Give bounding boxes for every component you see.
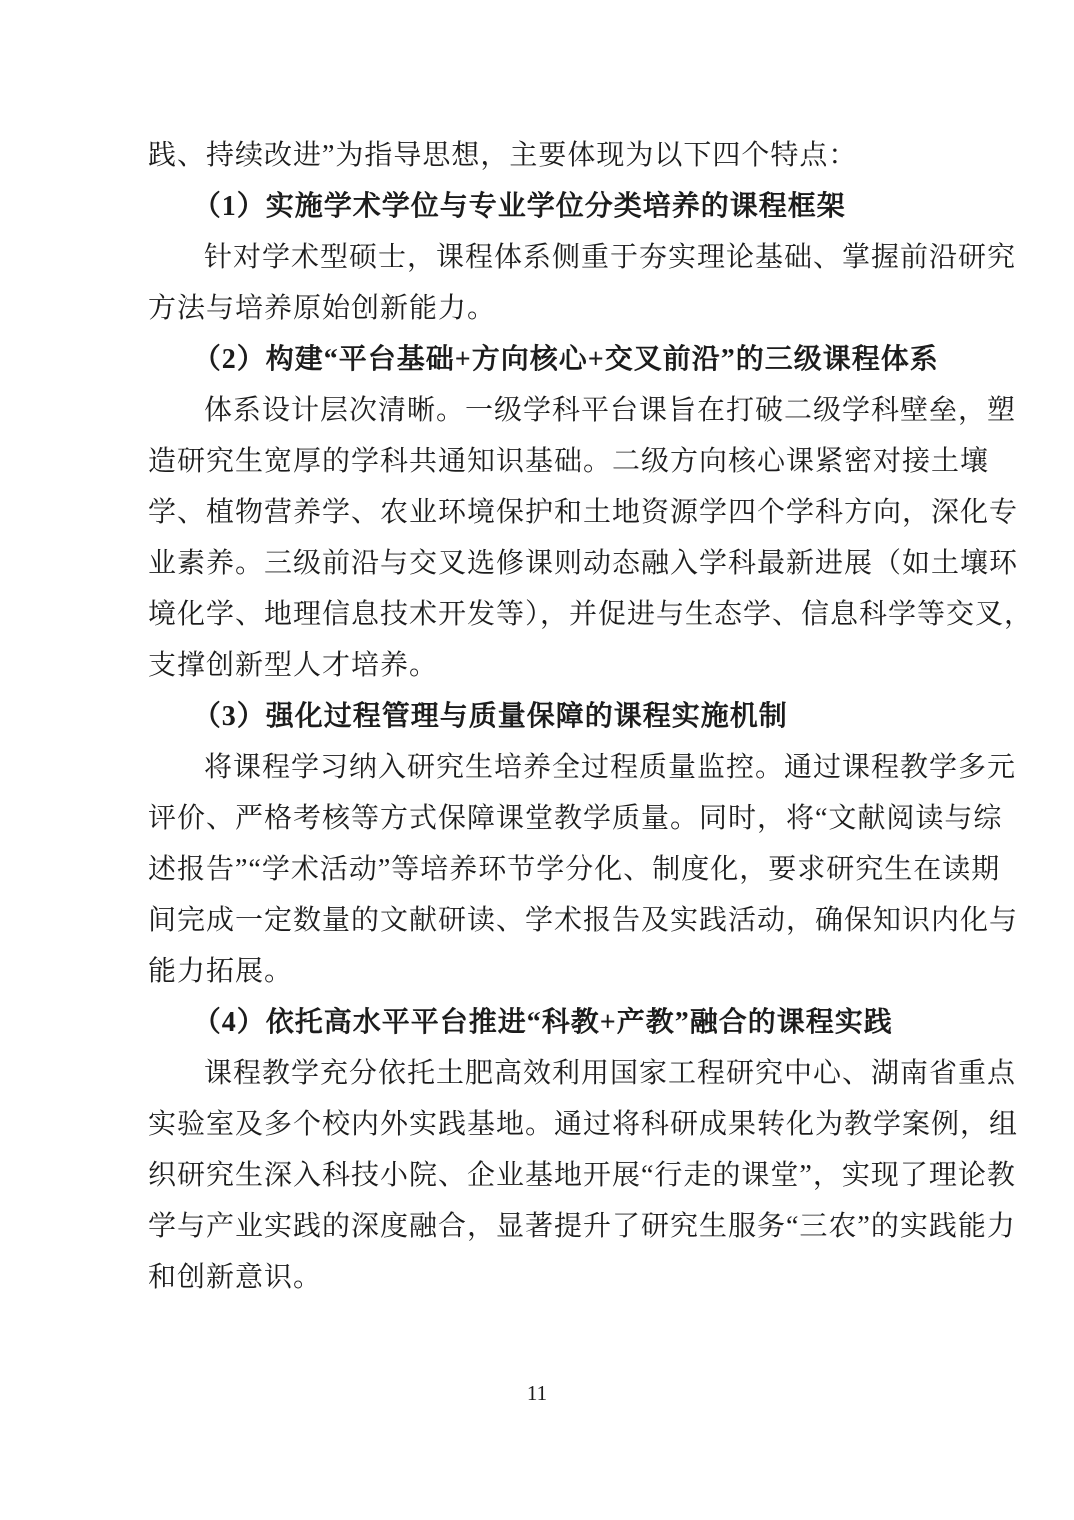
body-line: 间完成一定数量的文献研读、学术报告及实践活动，确保知识内化与 bbox=[148, 895, 934, 946]
section-heading-1: （1）实施学术学位与专业学位分类培养的课程框架 bbox=[148, 181, 934, 232]
body-line: 能力拓展。 bbox=[148, 946, 934, 997]
body-line: 体系设计层次清晰。一级学科平台课旨在打破二级学科壁垒，塑 bbox=[148, 385, 934, 436]
paragraph-continuation: 践、持续改进”为指导思想，主要体现为以下四个特点： bbox=[148, 130, 934, 181]
body-line: 和创新意识。 bbox=[148, 1252, 934, 1303]
heading-line: （2）构建“平台基础+方向核心+交叉前沿”的三级课程体系 bbox=[148, 334, 934, 385]
section-heading-2: （2）构建“平台基础+方向核心+交叉前沿”的三级课程体系 bbox=[148, 334, 934, 385]
body-line: 实验室及多个校内外实践基地。通过将科研成果转化为教学案例，组 bbox=[148, 1099, 934, 1150]
body-line: 践、持续改进”为指导思想，主要体现为以下四个特点： bbox=[148, 130, 934, 181]
body-line: 学、植物营养学、农业环境保护和土地资源学四个学科方向，深化专 bbox=[148, 487, 934, 538]
document-body: 践、持续改进”为指导思想，主要体现为以下四个特点： （1）实施学术学位与专业学位… bbox=[148, 130, 934, 1303]
heading-line: （1）实施学术学位与专业学位分类培养的课程框架 bbox=[148, 181, 934, 232]
body-line: 评价、严格考核等方式保障课堂教学质量。同时，将“文献阅读与综 bbox=[148, 793, 934, 844]
page-number: 11 bbox=[527, 1381, 547, 1405]
heading-line: （3）强化过程管理与质量保障的课程实施机制 bbox=[148, 691, 934, 742]
paragraph-2: 体系设计层次清晰。一级学科平台课旨在打破二级学科壁垒，塑 造研究生宽厚的学科共通… bbox=[148, 385, 934, 691]
document-page: 践、持续改进”为指导思想，主要体现为以下四个特点： （1）实施学术学位与专业学位… bbox=[0, 0, 1074, 1520]
section-heading-3: （3）强化过程管理与质量保障的课程实施机制 bbox=[148, 691, 934, 742]
heading-line: （4）依托高水平平台推进“科教+产教”融合的课程实践 bbox=[148, 997, 934, 1048]
section-heading-4: （4）依托高水平平台推进“科教+产教”融合的课程实践 bbox=[148, 997, 934, 1048]
page-footer: 11 bbox=[0, 1378, 1074, 1408]
paragraph-4: 课程教学充分依托土肥高效利用国家工程研究中心、湖南省重点 实验室及多个校内外实践… bbox=[148, 1048, 934, 1303]
body-line: 织研究生深入科技小院、企业基地开展“行走的课堂”，实现了理论教 bbox=[148, 1150, 934, 1201]
body-line: 述报告”“学术活动”等培养环节学分化、制度化，要求研究生在读期 bbox=[148, 844, 934, 895]
body-line: 针对学术型硕士，课程体系侧重于夯实理论基础、掌握前沿研究 bbox=[148, 232, 934, 283]
body-line: 境化学、地理信息技术开发等），并促进与生态学、信息科学等交叉， bbox=[148, 589, 934, 640]
body-line: 将课程学习纳入研究生培养全过程质量监控。通过课程教学多元 bbox=[148, 742, 934, 793]
body-line: 课程教学充分依托土肥高效利用国家工程研究中心、湖南省重点 bbox=[148, 1048, 934, 1099]
body-line: 业素养。三级前沿与交叉选修课则动态融入学科最新进展（如土壤环 bbox=[148, 538, 934, 589]
body-line: 学与产业实践的深度融合，显著提升了研究生服务“三农”的实践能力 bbox=[148, 1201, 934, 1252]
body-line: 支撑创新型人才培养。 bbox=[148, 640, 934, 691]
body-line: 方法与培养原始创新能力。 bbox=[148, 283, 934, 334]
body-line: 造研究生宽厚的学科共通知识基础。二级方向核心课紧密对接土壤 bbox=[148, 436, 934, 487]
paragraph-3: 将课程学习纳入研究生培养全过程质量监控。通过课程教学多元 评价、严格考核等方式保… bbox=[148, 742, 934, 997]
paragraph-1: 针对学术型硕士，课程体系侧重于夯实理论基础、掌握前沿研究 方法与培养原始创新能力… bbox=[148, 232, 934, 334]
